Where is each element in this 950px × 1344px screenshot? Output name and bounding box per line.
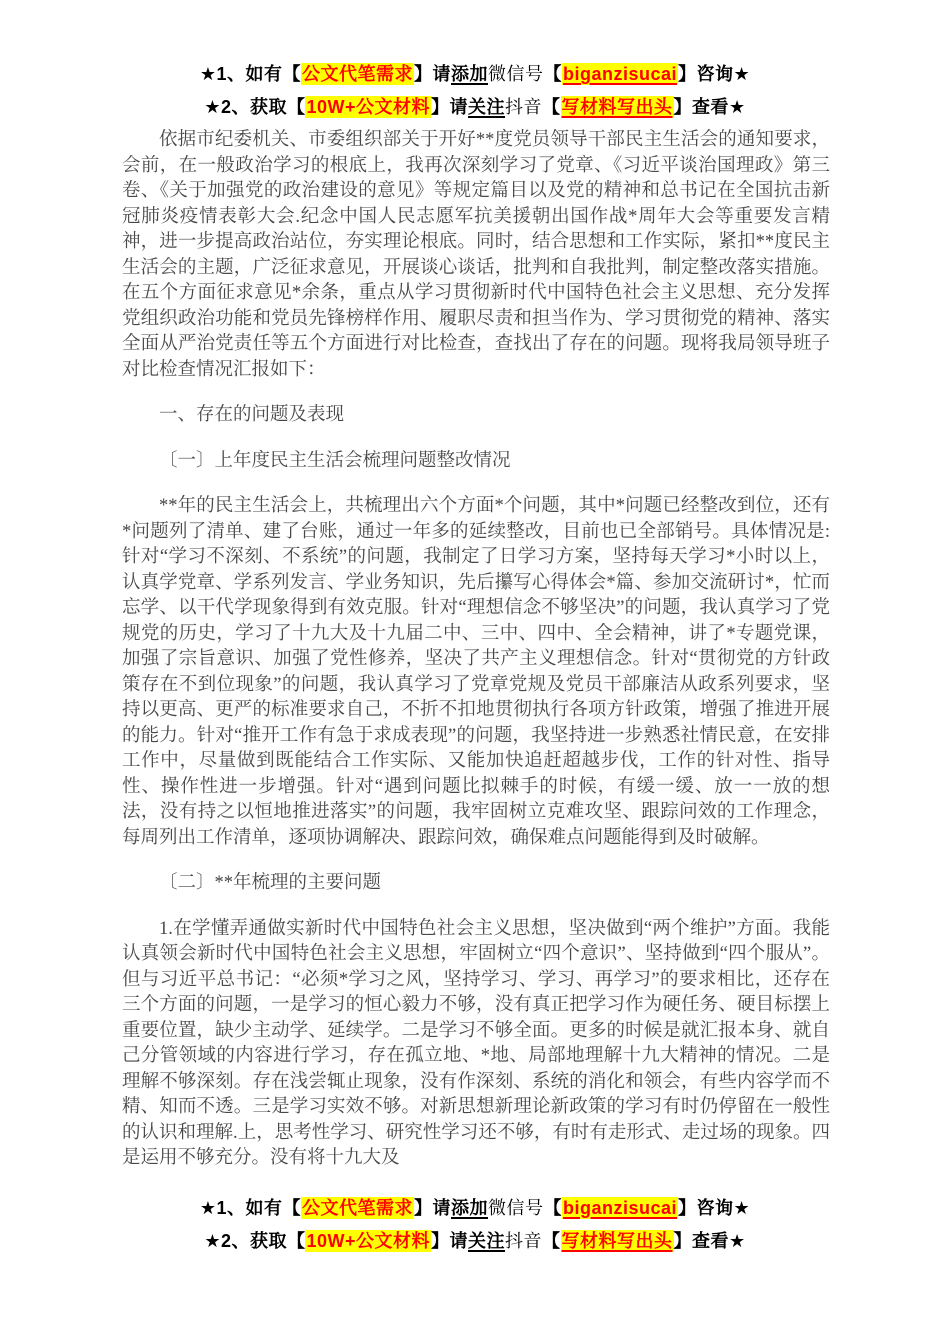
ad1-bracket: 【 — [543, 64, 562, 84]
ad2-highlight-douyin-id: 写材料写出头 — [561, 96, 674, 118]
ad2-mid: 】请 — [431, 97, 468, 117]
ad1-mid: 】请 — [414, 1198, 451, 1218]
ad2-bracket: 【 — [542, 1231, 561, 1251]
subheading-2-main-problems: 〔二〕**年梳理的主要问题 — [122, 871, 830, 897]
ad2-suffix: 】查看★ — [674, 1231, 746, 1251]
ad1-mid: 】请 — [414, 64, 451, 84]
ad1-wechat-label: 微信号 — [488, 64, 544, 84]
ad1-prefix: ★1、如有【 — [200, 1198, 301, 1218]
subheading-1-rectification: 〔一〕上年度民主生活会梳理问题整改情况 — [122, 449, 830, 475]
ad1-bracket: 【 — [543, 1198, 562, 1218]
ad-bottom-line-1: ★1、如有【公文代笔需求】请添加微信号【biganzisucai】咨询★ — [0, 1192, 950, 1225]
ad1-suffix: 】咨询★ — [678, 1198, 750, 1218]
ad1-prefix: ★1、如有【 — [200, 64, 301, 84]
ad2-prefix: ★2、获取【 — [204, 1231, 305, 1251]
paragraph-rectification-status: **年的民主生活会上，共梳理出六个方面*个问题，其中*问题已经整改到位，还有*问… — [122, 494, 830, 851]
ad2-bracket: 【 — [542, 97, 561, 117]
ad1-underline-add: 添加 — [451, 1198, 488, 1218]
ad2-suffix: 】查看★ — [674, 97, 746, 117]
heading-section-1: 一、存在的问题及表现 — [122, 403, 830, 429]
ad2-highlight-douyin-id: 写材料写出头 — [561, 1230, 674, 1252]
document-body: 依据市纪委机关、市委组织部关于开好**度党员领导干部民主生活会的通知要求，会前，… — [122, 128, 830, 1172]
ad2-underline-follow: 关注 — [468, 1231, 505, 1251]
ad-line-1: ★1、如有【公文代笔需求】请添加微信号【biganzisucai】咨询★ — [0, 58, 950, 91]
ad2-mid: 】请 — [431, 1231, 468, 1251]
ad1-highlight-service: 公文代笔需求 — [301, 1197, 414, 1219]
ad2-douyin-label: 抖音 — [505, 1231, 542, 1251]
document-page: ★1、如有【公文代笔需求】请添加微信号【biganzisucai】咨询★ ★2、… — [0, 0, 950, 1344]
ad1-wechat-label: 微信号 — [488, 1198, 544, 1218]
ad2-highlight-material: 10W+公文材料 — [305, 96, 431, 118]
ad1-highlight-service: 公文代笔需求 — [301, 63, 414, 85]
ad2-underline-follow: 关注 — [468, 97, 505, 117]
ad2-highlight-material: 10W+公文材料 — [305, 1230, 431, 1252]
ad2-prefix: ★2、获取【 — [204, 97, 305, 117]
ad-bottom-line-2: ★2、获取【10W+公文材料】请关注抖音【写材料写出头】查看★ — [0, 1225, 950, 1258]
ad1-highlight-wechat-id: biganzisucai — [562, 1197, 678, 1219]
ad-banner-top: ★1、如有【公文代笔需求】请添加微信号【biganzisucai】咨询★ ★2、… — [0, 58, 950, 124]
ad1-underline-add: 添加 — [451, 64, 488, 84]
ad2-douyin-label: 抖音 — [505, 97, 542, 117]
ad-line-2: ★2、获取【10W+公文材料】请关注抖音【写材料写出头】查看★ — [0, 91, 950, 124]
paragraph-intro: 依据市纪委机关、市委组织部关于开好**度党员领导干部民主生活会的通知要求，会前，… — [122, 128, 830, 383]
ad1-suffix: 】咨询★ — [678, 64, 750, 84]
paragraph-main-problems: 1.在学懂弄通做实新时代中国特色社会主义思想，坚决做到“两个维护”方面。我能认真… — [122, 917, 830, 1172]
ad-banner-bottom: ★1、如有【公文代笔需求】请添加微信号【biganzisucai】咨询★ ★2、… — [0, 1192, 950, 1258]
ad1-highlight-wechat-id: biganzisucai — [562, 63, 678, 85]
